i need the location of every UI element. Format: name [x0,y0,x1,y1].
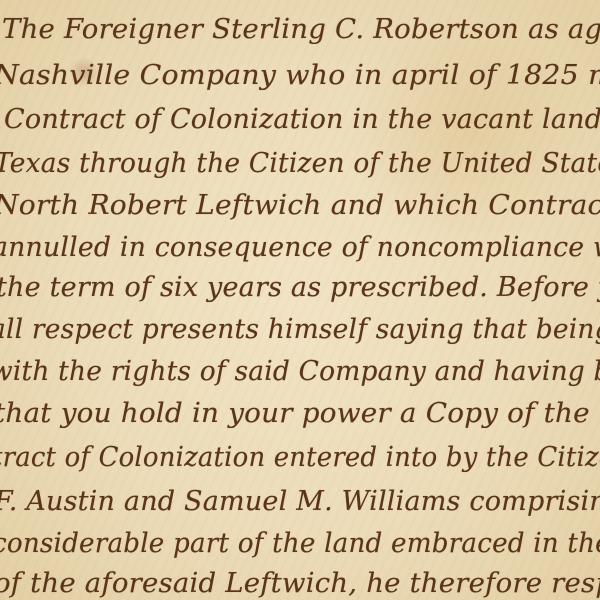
text-line-11: tract of Colonization entered into by th… [0,442,600,473]
text-line-9: with the rights of said Company and havi… [0,356,600,387]
manuscript-page: The Foreigner Sterling C. Robertson as a… [0,0,600,600]
text-line-8: all respect presents himself saying that… [0,314,600,345]
text-line-4: Texas through the Citizen of the United … [0,148,600,179]
text-line-6: annulled in consequence of noncompliance… [0,232,600,263]
text-line-2: Nashville Company who in april of 1825 m… [0,60,600,91]
text-line-14: of the aforesaid Leftwich, he therefore … [0,568,600,599]
text-line-12: F. Austin and Samuel M. Williams compris… [0,486,600,517]
text-line-7: the term of six years as prescribed. Bef… [0,272,600,303]
text-line-1: The Foreigner Sterling C. Robertson as a… [2,14,600,45]
text-line-10: that you hold in your power a Copy of th… [0,398,600,429]
text-line-13: considerable part of the land embraced i… [0,528,600,559]
text-line-3: Contract of Colonization in the vacant l… [4,104,600,135]
handwritten-text-block: The Foreigner Sterling C. Robertson as a… [0,0,600,600]
text-line-5: North Robert Leftwich and which Contract… [0,190,600,221]
